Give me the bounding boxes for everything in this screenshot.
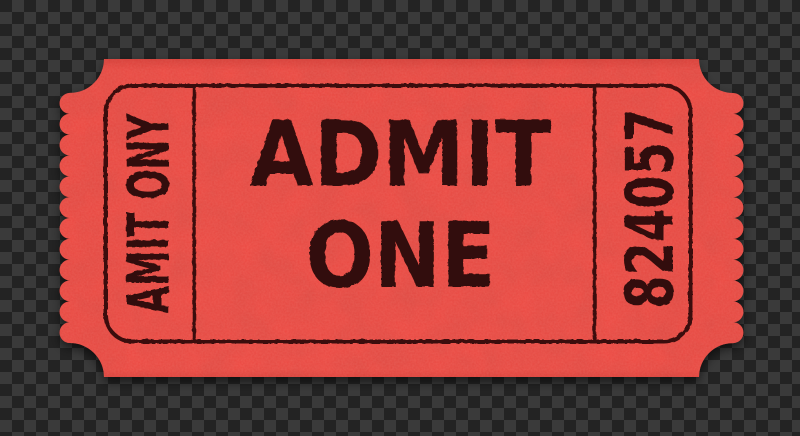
title-line1: ADMIT bbox=[249, 102, 551, 207]
stub-text: AMIT ONY bbox=[114, 112, 182, 313]
ticket-image: ADMIT ONE AMIT ONY 824057 bbox=[0, 0, 800, 436]
transparency-checkerboard: ADMIT ONE AMIT ONY 824057 bbox=[0, 0, 800, 436]
ticket: ADMIT ONE AMIT ONY 824057 bbox=[55, 50, 755, 390]
serial-number: 824057 bbox=[611, 108, 688, 308]
title-line2: ONE bbox=[305, 203, 495, 308]
